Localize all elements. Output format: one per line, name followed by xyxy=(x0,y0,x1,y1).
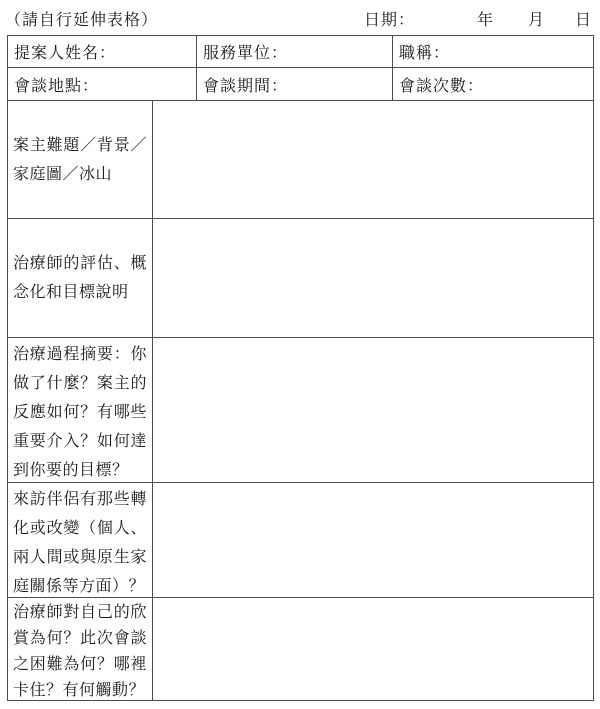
section-label-text: 治療過程摘要：你做了什麼？案主的反應如何？有哪些重要介入？如何達到你要的目標？ xyxy=(13,340,147,482)
section-input-process-summary[interactable] xyxy=(153,338,594,483)
year-label: 年 xyxy=(477,7,494,30)
day-label: 日 xyxy=(575,7,592,30)
section-input-self-appreciation[interactable] xyxy=(153,598,594,701)
field-proposer-name-label: 提案人姓名： xyxy=(14,40,116,63)
section-input-therapist-assessment[interactable] xyxy=(153,219,594,338)
field-job-title[interactable]: 職稱： xyxy=(393,36,594,68)
section-row-self-appreciation: 治療師對自己的欣賞為何？此次會談之困難為何？哪裡卡住？有何觸動？ xyxy=(8,598,594,701)
field-meeting-location[interactable]: 會談地點： xyxy=(8,68,197,101)
field-job-title-label: 職稱： xyxy=(399,40,450,63)
section-label-process-summary: 治療過程摘要：你做了什麼？案主的反應如何？有哪些重要介入？如何達到你要的目標？ xyxy=(8,338,153,483)
section-label-couple-change: 來訪伴侶有那些轉化或改變（個人、兩人間或與原生家庭關係等方面）？ xyxy=(8,483,153,598)
section-row-couple-change: 來訪伴侶有那些轉化或改變（個人、兩人間或與原生家庭關係等方面）？ xyxy=(8,483,594,598)
section-label-text: 治療師對自己的欣賞為何？此次會談之困難為何？哪裡卡住？有何觸動？ xyxy=(13,600,147,700)
date-line: 日期： 年 月 日 xyxy=(364,7,592,30)
section-row-process-summary: 治療過程摘要：你做了什麼？案主的反應如何？有哪些重要介入？如何達到你要的目標？ xyxy=(8,338,594,483)
section-label-self-appreciation: 治療師對自己的欣賞為何？此次會談之困難為何？哪裡卡住？有何觸動？ xyxy=(8,598,153,701)
section-row-therapist-assessment: 治療師的評估、概念化和目標說明 xyxy=(8,219,594,338)
field-service-unit-label: 服務單位： xyxy=(203,40,288,63)
section-label-text: 案主難題／背景／家庭圖／冰山 xyxy=(13,131,147,189)
info-row-2: 會談地點： 會談期間： 會談次數： xyxy=(8,68,594,101)
section-row-client-difficulty: 案主難題／背景／家庭圖／冰山 xyxy=(8,101,594,219)
field-meeting-period[interactable]: 會談期間： xyxy=(197,68,393,101)
header-line: （請自行延伸表格） 日期： 年 月 日 xyxy=(0,0,600,30)
extend-table-note: （請自行延伸表格） xyxy=(5,7,158,30)
section-label-text: 治療師的評估、概念化和目標說明 xyxy=(13,249,147,307)
section-input-client-difficulty[interactable] xyxy=(153,101,594,219)
month-label: 月 xyxy=(528,7,545,30)
field-proposer-name[interactable]: 提案人姓名： xyxy=(8,36,197,68)
field-meeting-count[interactable]: 會談次數： xyxy=(393,68,594,101)
field-service-unit[interactable]: 服務單位： xyxy=(197,36,393,68)
info-row-1: 提案人姓名： 服務單位： 職稱： xyxy=(8,36,594,68)
field-meeting-period-label: 會談期間： xyxy=(203,73,288,96)
case-form-table: 提案人姓名： 服務單位： 職稱： 會談地點： 會談期間： 會談次數： 案主難題／… xyxy=(7,35,594,701)
section-label-client-difficulty: 案主難題／背景／家庭圖／冰山 xyxy=(8,101,153,219)
form-page: （請自行延伸表格） 日期： 年 月 日 提案人姓名： 服務單位： 職稱： 會談地… xyxy=(0,0,600,709)
section-label-therapist-assessment: 治療師的評估、概念化和目標說明 xyxy=(8,219,153,338)
section-label-text: 來訪伴侶有那些轉化或改變（個人、兩人間或與原生家庭關係等方面）？ xyxy=(13,485,147,597)
date-label: 日期： xyxy=(364,7,415,30)
section-input-couple-change[interactable] xyxy=(153,483,594,598)
field-meeting-location-label: 會談地點： xyxy=(14,73,99,96)
field-meeting-count-label: 會談次數： xyxy=(399,73,484,96)
